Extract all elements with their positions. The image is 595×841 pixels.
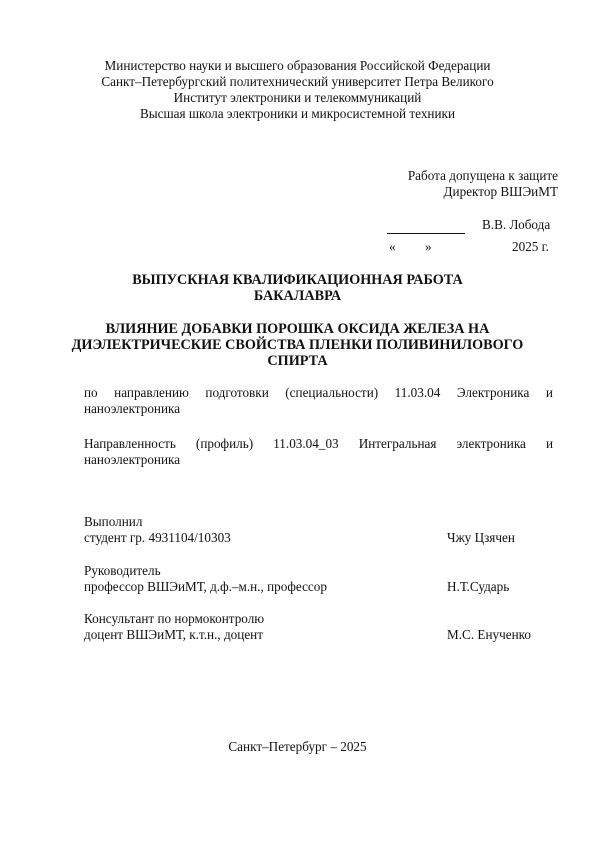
work-type-line1: ВЫПУСКНАЯ КВАЛИФИКАЦИОННАЯ РАБОТА bbox=[0, 272, 595, 288]
consultant-position: доцент ВШЭиМТ, к.т.н., доцент bbox=[84, 627, 263, 643]
profile-line: Направленность (профиль) 11.03.04_03 Инт… bbox=[84, 436, 553, 452]
institute-line: Институт электроники и телекоммуникаций bbox=[0, 90, 595, 106]
direction-continuation: наноэлектроника bbox=[84, 401, 180, 417]
thesis-title-line2: ДИЭЛЕКТРИЧЕСКИЕ СВОЙСТВА ПЛЕНКИ ПОЛИВИНИ… bbox=[0, 337, 595, 353]
direction-word: Электроника bbox=[457, 385, 530, 401]
profile-word: 11.03.04_03 bbox=[273, 436, 338, 452]
university-line: Санкт–Петербургский политехнический унив… bbox=[0, 74, 595, 90]
direction-word: 11.03.04 bbox=[395, 385, 441, 401]
school-line: Высшая школа электроники и микросистемно… bbox=[0, 106, 595, 122]
profile-word: (профиль) bbox=[196, 436, 253, 452]
approval-year: 2025 г. bbox=[512, 239, 549, 255]
consultant-name: М.С. Енученко bbox=[447, 627, 531, 643]
direction-word: (специальности) bbox=[285, 385, 378, 401]
city-year: Санкт–Петербург – 2025 bbox=[0, 739, 595, 755]
approval-signatory: В.В. Лобода bbox=[482, 217, 550, 233]
supervisor-role: Руководитель bbox=[84, 563, 161, 579]
thesis-title-line1: ВЛИЯНИЕ ДОБАВКИ ПОРОШКА ОКСИДА ЖЕЛЕЗА НА bbox=[0, 321, 595, 337]
student-position: студент гр. 4931104/10303 bbox=[84, 530, 231, 546]
profile-word: Направленность bbox=[84, 436, 176, 452]
ministry-line: Министерство науки и высшего образования… bbox=[0, 58, 595, 74]
profile-continuation: наноэлектроника bbox=[84, 452, 180, 468]
date-close-quote: » bbox=[425, 239, 432, 255]
profile-word: электроника bbox=[457, 436, 526, 452]
approval-admitted: Работа допущена к защите bbox=[408, 168, 558, 184]
consultant-role: Консультант по нормоконтролю bbox=[84, 611, 264, 627]
direction-word: направлению bbox=[114, 385, 189, 401]
profile-word: и bbox=[546, 436, 553, 452]
direction-line: по направлению подготовки (специальности… bbox=[84, 385, 553, 401]
signature-line bbox=[387, 233, 465, 234]
student-role: Выполнил bbox=[84, 514, 142, 530]
supervisor-position: профессор ВШЭиМТ, д.ф.–м.н., профессор bbox=[84, 579, 327, 595]
profile-word: Интегральная bbox=[359, 436, 437, 452]
direction-word: по bbox=[84, 385, 98, 401]
thesis-title-line3: СПИРТА bbox=[0, 353, 595, 369]
student-name: Чжу Цзячен bbox=[447, 530, 515, 546]
date-open-quote: « bbox=[389, 239, 396, 255]
work-type-line2: БАКАЛАВРА bbox=[0, 288, 595, 304]
approval-director: Директор ВШЭиМТ bbox=[444, 184, 558, 200]
supervisor-name: Н.Т.Сударь bbox=[447, 579, 509, 595]
direction-word: подготовки bbox=[205, 385, 268, 401]
direction-word: и bbox=[546, 385, 553, 401]
